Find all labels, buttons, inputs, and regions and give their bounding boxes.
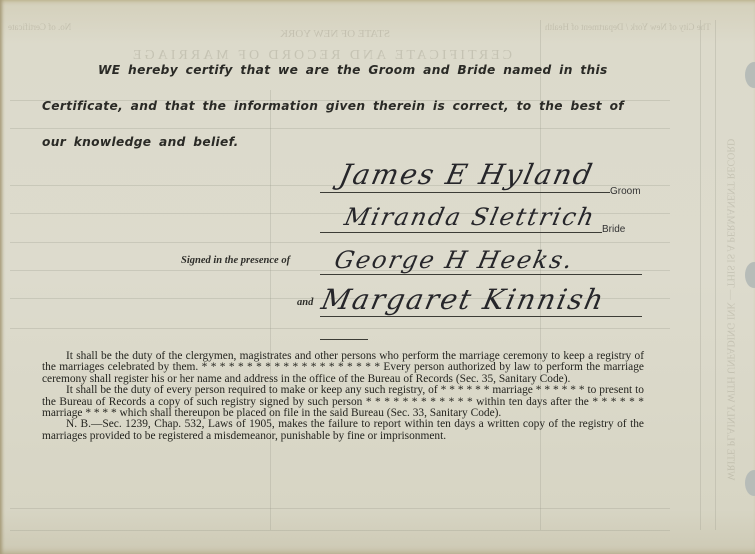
legal-paragraph-3: N. B.—Sec. 1239, Chap. 532, Laws of 1905… [42,419,644,442]
short-rule [320,339,368,340]
groom-signature-line [320,192,610,193]
signed-in-presence-label: Signed in the presence of [181,255,290,266]
witness-2-signature-line [320,316,642,317]
certification-line-2: Certificate, and that the information gi… [42,88,652,124]
witness-1-signature-line [320,274,642,275]
punch-hole-middle [745,262,755,288]
groom-signature: James E Hyland [336,158,597,191]
bride-label: Bride [602,224,625,235]
bride-signature-line [320,232,602,233]
bleed-through-header-right: No. of Certificate [8,22,71,32]
punch-hole-bottom [745,470,755,496]
punch-hole-top [745,62,755,88]
bleed-through-margin-text: WRITE PLAINLY WITH UNFADING INK — THIS I… [725,61,736,481]
legal-paragraph-1: It shall be the duty of the clergymen, m… [42,351,644,385]
certification-line-3: our knowledge and belief. [42,124,652,160]
and-label: and [297,297,313,308]
document-page: STATE OF NEW YORK The City of New York /… [0,0,755,554]
legal-notice: It shall be the duty of the clergymen, m… [42,351,644,442]
bleed-through-header-center: STATE OF NEW YORK [280,28,390,40]
witness-1-signature: George H Heeks. [332,246,577,274]
legal-paragraph-2: It shall be the duty of every person req… [42,385,644,419]
bride-signature: Miranda Slettrich [342,203,598,231]
certification-statement: WE hereby certify that we are the Groom … [42,52,652,160]
bleed-through-header-left: The City of New York / Department of Hea… [545,22,711,32]
witness-2-signature: Margaret Kinnish [318,283,608,316]
groom-label: Groom [610,186,641,197]
certification-line-1: WE hereby certify that we are the Groom … [42,52,652,88]
